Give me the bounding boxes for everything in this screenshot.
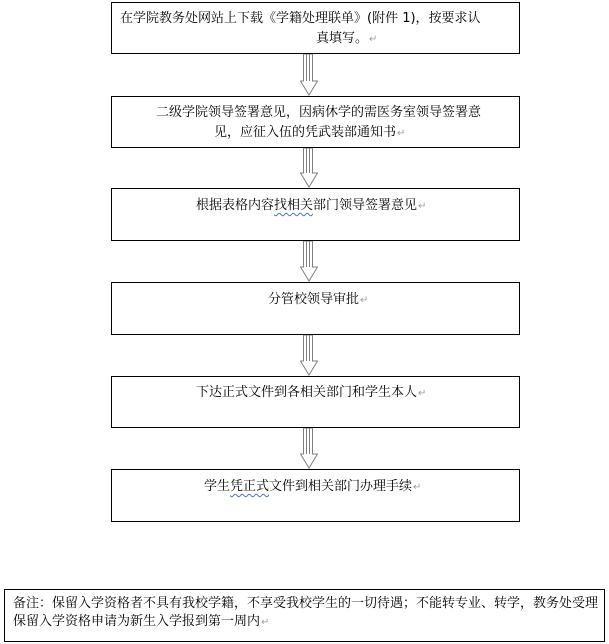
- paragraph-mark-icon: ↵: [261, 617, 269, 628]
- remarks-text: 备注：保留入学资格者不具有我校学籍，不享受我校学生的一切待遇；不能转专业、转学，…: [13, 595, 598, 632]
- flow-step-6-text: 学生凭正式文件到相关部门办理手续↵: [204, 477, 421, 497]
- paragraph-mark-icon: ↵: [413, 482, 421, 493]
- flow-step-2-line2: 见，应征入伍的凭武装部通知书↵: [214, 123, 405, 143]
- spellcheck-underline: 凭正式: [230, 479, 269, 494]
- flow-step-1-line2: 真填写。↵: [316, 29, 377, 49]
- paragraph-mark-icon: ↵: [418, 388, 426, 399]
- flow-step-3-text: 根据表格内容找相关部门领导签署意见↵: [196, 196, 426, 216]
- remarks-box: 备注：保留入学资格者不具有我校学籍，不享受我校学生的一切待遇；不能转专业、转学，…: [4, 589, 605, 642]
- down-arrow-icon: [300, 241, 318, 282]
- flow-step-5-text: 下达正式文件到各相关部门和学生本人↵: [196, 383, 426, 403]
- flow-step-2-line1: 二级学院领导签署意见，因病休学的需医务室领导签署意: [156, 103, 481, 122]
- flow-step-4-text: 分管校领导审批↵: [268, 290, 368, 310]
- down-arrow-icon: [300, 54, 318, 96]
- down-arrow-icon: [300, 428, 318, 469]
- flow-step-2: 二级学院领导签署意见，因病休学的需医务室领导签署意 见，应征入伍的凭武装部通知书…: [111, 96, 520, 148]
- paragraph-mark-icon: ↵: [369, 34, 377, 45]
- flow-step-4: 分管校领导审批↵: [111, 282, 520, 335]
- paragraph-mark-icon: ↵: [418, 201, 426, 212]
- flow-step-5: 下达正式文件到各相关部门和学生本人↵: [111, 376, 520, 428]
- down-arrow-icon: [300, 148, 318, 188]
- paragraph-mark-icon: ↵: [360, 295, 368, 306]
- flow-step-1: 在学院教务处网站上下载《学籍处理联单》(附件 1)，按要求认 真填写。↵: [111, 2, 520, 54]
- flow-step-3: 根据表格内容找相关部门领导签署意见↵: [111, 188, 520, 241]
- flow-step-6: 学生凭正式文件到相关部门办理手续↵: [111, 469, 520, 522]
- spellcheck-underline: 找相关: [274, 198, 313, 213]
- down-arrow-icon: [300, 335, 318, 376]
- paragraph-mark-icon: ↵: [397, 128, 405, 139]
- flow-step-1-line1: 在学院教务处网站上下载《学籍处理联单》(附件 1)，按要求认: [120, 9, 481, 28]
